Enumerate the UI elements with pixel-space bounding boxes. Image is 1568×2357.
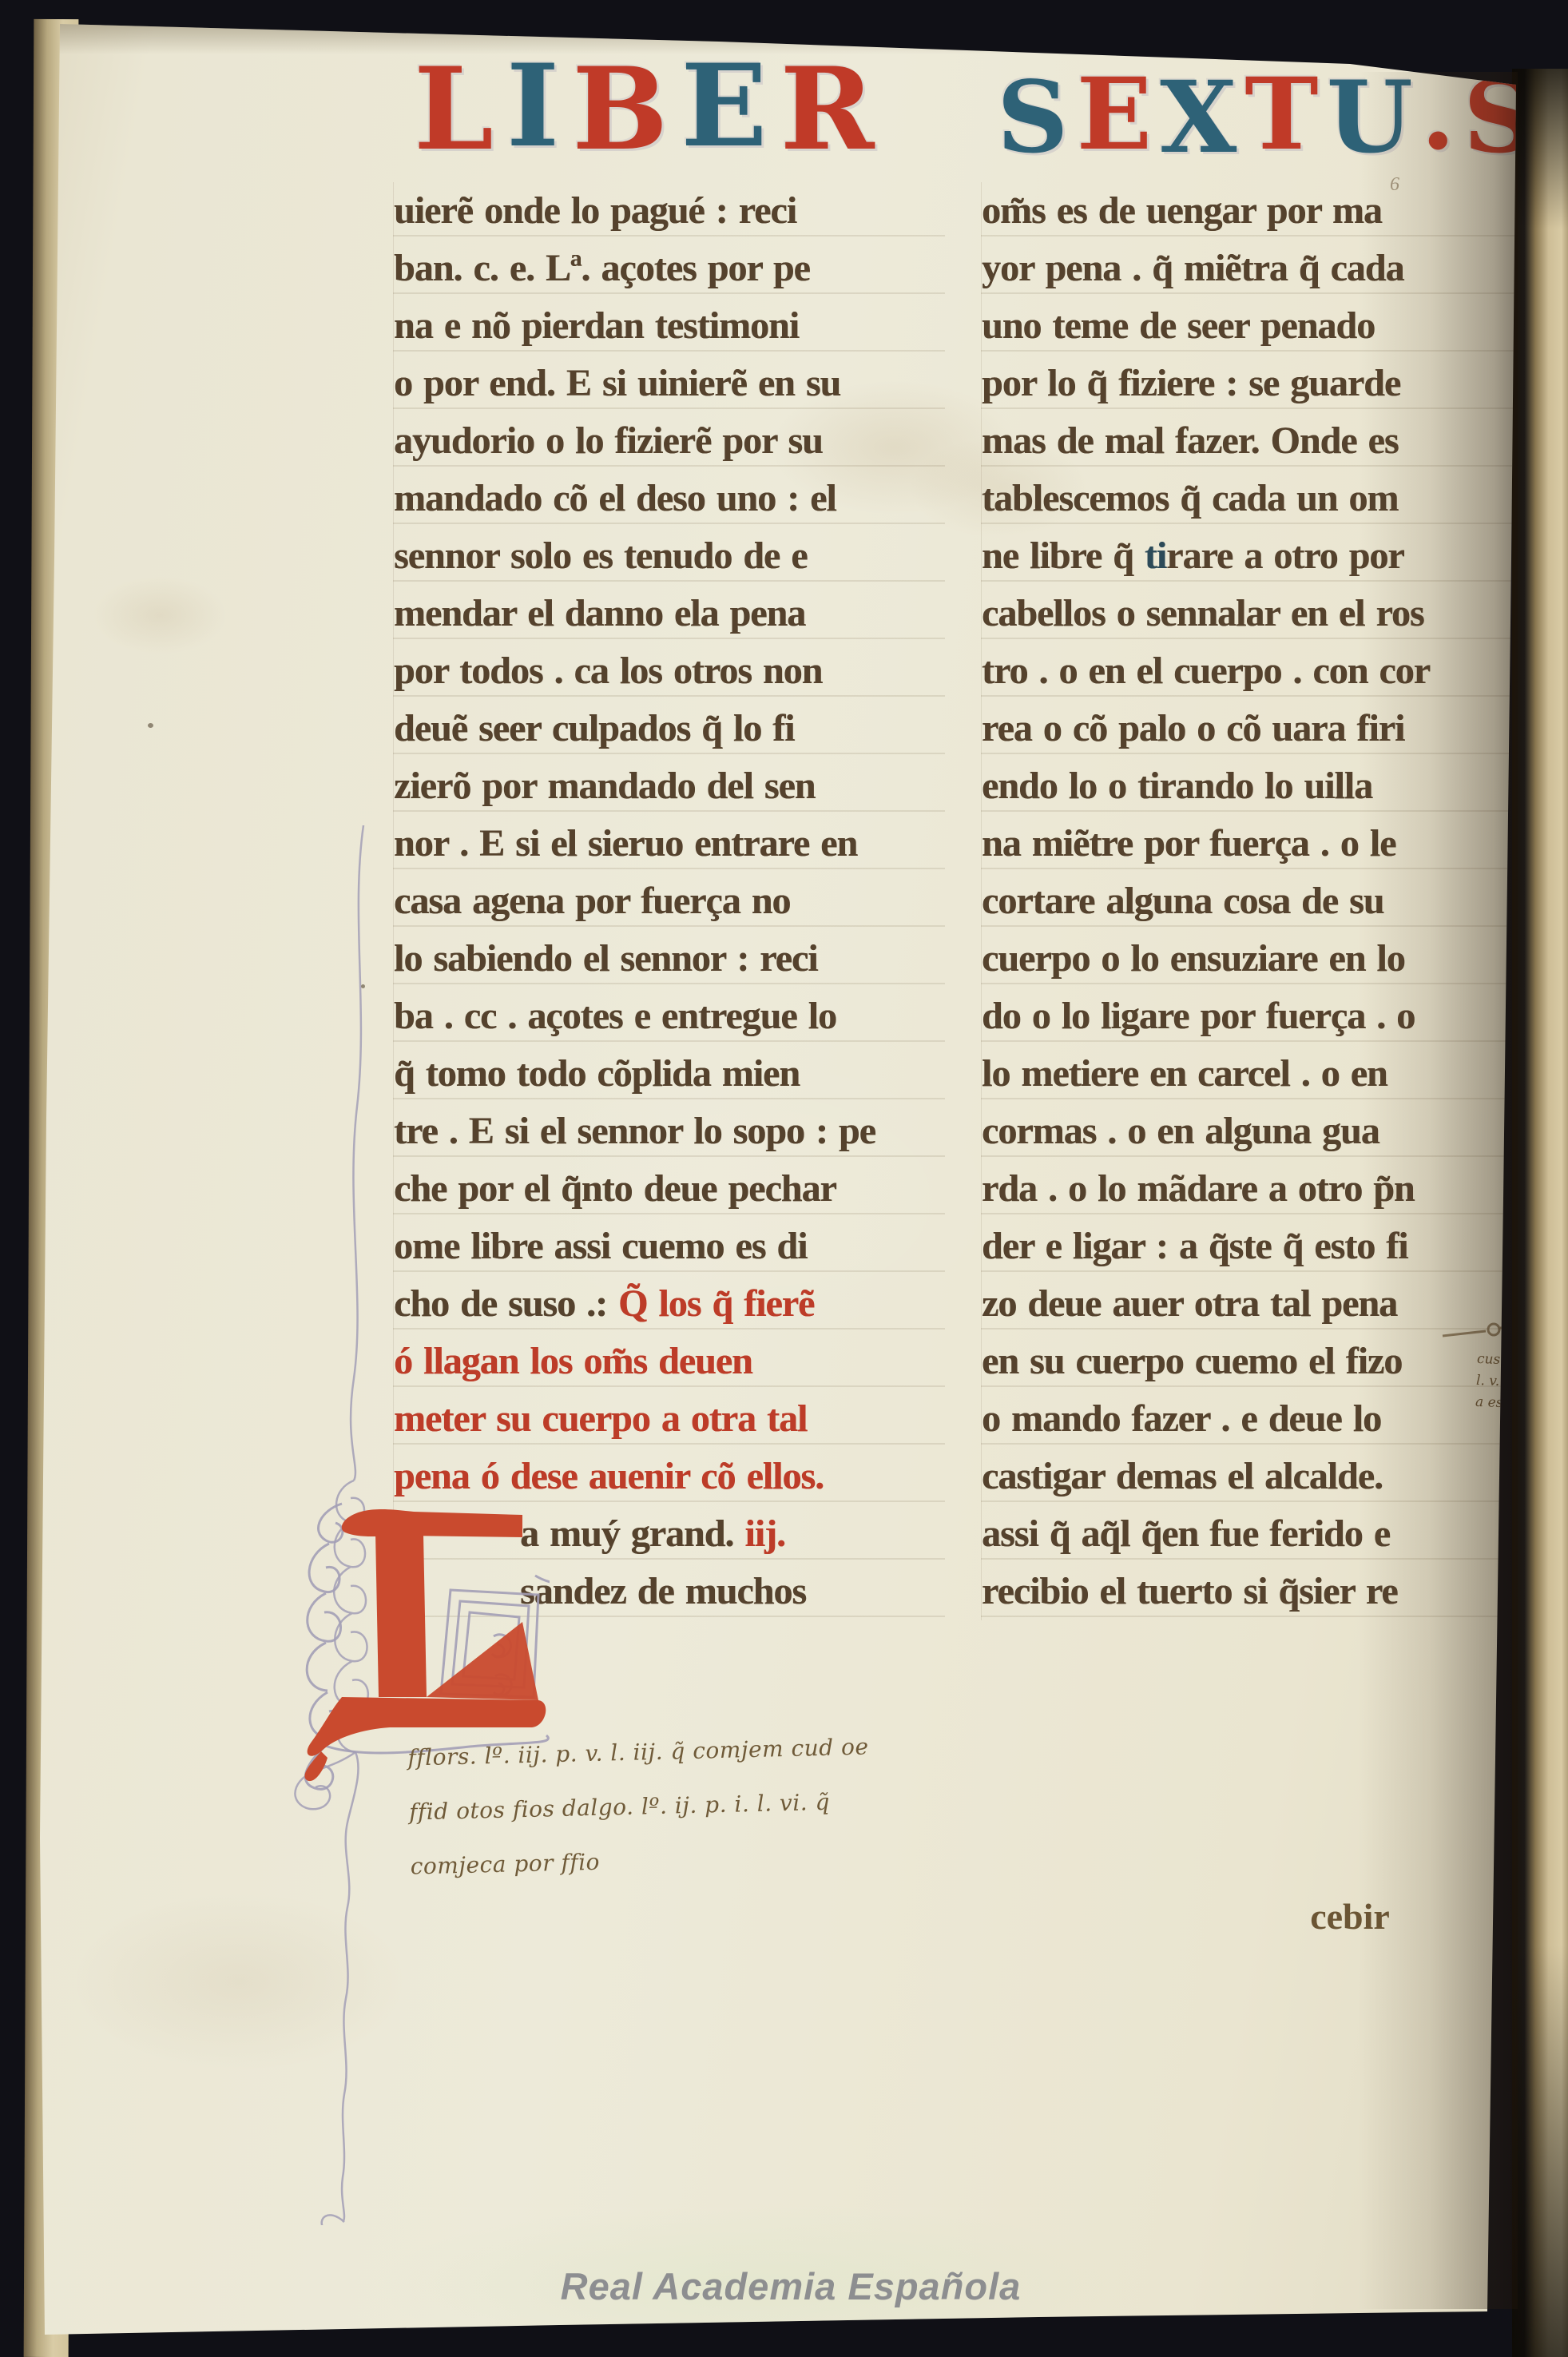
manuscript-line: om̃s es de uengar por ma [982,182,1533,240]
manuscript-line: castigar demas el alcalde. [982,1448,1533,1505]
header-letter: X [1160,66,1237,171]
header-letter: T [1244,62,1318,168]
text-segment: yor pena . q̃ miẽtra q̃ cada [982,247,1403,289]
manuscript-line: cormas . o en alguna gua [982,1103,1533,1160]
manuscript-line: mas de mal fazer. Onde es [982,412,1533,470]
text-segment: zo deue auer otra tal pena [982,1282,1397,1325]
manuscript-line: o por end. E si uinierẽ en su [394,355,945,412]
text-segment: che por el q̃nto deue pechar [394,1167,836,1210]
text-segment: cho de suso .: [394,1282,618,1325]
text-column-left: uierẽ onde lo pagué : reciban. c. e. Lª.… [393,182,945,1620]
text-segment: cortare alguna cosa de su [982,880,1383,922]
manuscript-line: ban. c. e. Lª. açotes por pe [394,240,945,297]
manuscript-line: ba . cc . açotes e entregue lo [394,988,945,1045]
text-segment: lo metiere en carcel . o en [982,1052,1387,1095]
header-letter: . [1421,62,1455,168]
manuscript-line: do o lo ligare por fuerça . o [982,988,1533,1045]
text-segment: iij. [733,1512,785,1555]
header-letter: B [572,50,668,169]
manuscript-line: lo metiere en carcel . o en [982,1045,1533,1103]
manuscript-line: tre . E si el sennor lo sopo : pe [394,1103,945,1160]
manuscript-line: recibio el tuerto si q̃sier re [982,1563,1533,1620]
text-segment: casa agena por fuerça no [394,880,790,922]
manuscript-line: na miẽtre por fuerça . o le [982,815,1533,872]
manuscript-line: che por el q̃nto deue pechar [394,1160,945,1218]
text-segment: meter su cuerpo a otra tal [394,1397,807,1440]
text-segment: cuerpo o lo ensuziare en lo [982,937,1405,980]
manuscript-line: nor . E si el sieruo entrare en [394,815,945,872]
text-column-right: om̃s es de uengar por mayor pena . q̃ mi… [981,182,1533,1620]
text-segment: ne libre q̃ [982,535,1145,577]
text-segment: por lo q̃ fiziere : se guarde [982,362,1400,404]
text-segment: cormas . o en alguna gua [982,1110,1379,1152]
text-segment: mas de mal fazer. Onde es [982,419,1399,462]
text-segment: tre . E si el sennor lo sopo : pe [394,1110,875,1152]
text-segment: nor . E si el sieruo entrare en [394,822,857,864]
ink-speck [361,984,365,988]
text-segment: ba . cc . açotes e entregue lo [394,995,836,1037]
header-letter: E [1077,62,1153,168]
text-segment: rda . o lo mãdare a otro p̃n [982,1167,1415,1210]
text-segment: sandez de muchos [520,1570,806,1612]
text-segment: rea o cõ palo o cõ uara firi [982,707,1404,749]
manuscript-line: ne libre q̃ tirare a otro por [982,527,1533,585]
manuscript-line: na e nõ pierdan testimoni [394,297,945,355]
text-segment: en su cuerpo cuemo el fizo [982,1340,1402,1382]
text-segment: uierẽ onde lo pagué : reci [394,189,796,232]
text-segment: o por end. E si uinierẽ en su [394,362,840,404]
header-letter: U [1327,66,1413,171]
header-word-sextus: SEXTU.S [997,66,1534,171]
manuscript-line: mendar el danno ela pena [394,585,945,642]
text-segment: cabellos o sennalar en el ros [982,592,1424,634]
header-letter: R [780,50,875,169]
library-watermark: Real Academia Española [495,2264,1086,2308]
manuscript-line: q̃ tomo todo cõplida mien [394,1045,945,1103]
manuscript-line: tro . o en el cuerpo . con cor [982,642,1533,700]
manuscript-line: ó llagan los om̃s deuen [394,1333,945,1390]
text-segment: do o lo ligare por fuerça . o [982,995,1415,1037]
manuscript-line: casa agena por fuerça no [394,872,945,930]
manuscript-line: rea o cõ palo o cõ uara firi [982,700,1533,757]
manuscript-line: assi q̃ aq̃l q̃en fue ferido e [982,1505,1533,1563]
text-segment: endo lo o tirando lo uilla [982,765,1372,807]
header-letter: L [414,50,494,169]
manuscript-line: endo lo o tirando lo uilla [982,757,1533,815]
manuscript-line: uierẽ onde lo pagué : reci [394,182,945,240]
manuscript-line: sennor solo es tenudo de e [394,527,945,585]
manuscript-line: cabellos o sennalar en el ros [982,585,1533,642]
manuscript-line: por lo q̃ fiziere : se guarde [982,355,1533,412]
text-segment: na e nõ pierdan testimoni [394,304,799,347]
manuscript-photo: LIBER SEXTU.S 6 uierẽ onde lo pagué : re… [0,0,1568,2357]
manuscript-line: mandado cõ el deso uno : el [394,470,945,527]
text-segment: deuẽ seer culpados q̃ lo fi [394,707,794,749]
manuscript-line: tablescemos q̃ cada un om [982,470,1533,527]
text-segment: a muý grand. [520,1512,733,1555]
text-segment: q̃ tomo todo cõplida mien [394,1052,800,1095]
manuscript-line: cho de suso .: Q̃ los q̃ fierẽ [394,1275,945,1333]
manuscript-line: o mando fazer . e deue lo [982,1390,1533,1448]
text-segment: por todos . ca los otros non [394,650,822,692]
text-segment: rare a otro por [1166,535,1403,577]
parchment-page: LIBER SEXTU.S 6 uierẽ onde lo pagué : re… [0,0,1568,2357]
manuscript-line: ayudorio o lo fizierẽ por su [394,412,945,470]
text-segment: uno teme de seer penado [982,304,1375,347]
header-word-liber: LIBER [414,50,875,169]
manuscript-line: ome libre assi cuemo es di [394,1218,945,1275]
text-segment: mandado cõ el deso uno : el [394,477,836,519]
manuscript-line: uno teme de seer penado [982,297,1533,355]
text-segment: ome libre assi cuemo es di [394,1225,807,1267]
manuscript-line: por todos . ca los otros non [394,642,945,700]
text-segment: ó llagan los om̃s deuen [394,1340,752,1382]
header-letter: E [681,46,767,166]
manuscript-line: cuerpo o lo ensuziare en lo [982,930,1533,988]
manuscript-line: meter su cuerpo a otra tal [394,1390,945,1448]
text-segment: o mando fazer . e deue lo [982,1397,1381,1440]
text-segment: mendar el danno ela pena [394,592,805,634]
text-segment: tro . o en el cuerpo . con cor [982,650,1430,692]
text-segment: recibio el tuerto si q̃sier re [982,1570,1398,1612]
text-segment: ayudorio o lo fizierẽ por su [394,419,823,462]
text-segment: Q̃ los q̃ fierẽ [618,1282,814,1325]
manuscript-line: zierõ por mandado del sen [394,757,945,815]
header-letter: S [997,66,1069,171]
header-letter: I [506,46,559,166]
text-segment: tablescemos q̃ cada un om [982,477,1398,519]
manuscript-line: yor pena . q̃ miẽtra q̃ cada [982,240,1533,297]
manuscript-line: lo sabiendo el sennor : reci [394,930,945,988]
text-segment: om̃s es de uengar por ma [982,189,1382,232]
manuscript-line: rda . o lo mãdare a otro p̃n [982,1160,1533,1218]
manuscript-line: der e ligar : a q̃ste q̃ esto fi [982,1218,1533,1275]
manuscript-line: cortare alguna cosa de su [982,872,1533,930]
catchword: cebir [1246,1895,1454,1938]
text-segment: zierõ por mandado del sen [394,765,815,807]
text-segment: der e ligar : a q̃ste q̃ esto fi [982,1225,1407,1267]
marginal-gloss-note: fflors. lº. iij. p. v. l. iij. q̃ comjem… [407,1717,971,1894]
ink-speck [148,723,153,728]
manuscript-line: deuẽ seer culpados q̃ lo fi [394,700,945,757]
text-segment: ti [1145,535,1166,577]
text-segment: lo sabiendo el sennor : reci [394,937,818,980]
next-page-edge [1512,69,1568,2357]
text-segment: na miẽtre por fuerça . o le [982,822,1395,864]
text-segment: ban. c. e. Lª. açotes por pe [394,247,810,289]
text-segment: assi q̃ aq̃l q̃en fue ferido e [982,1512,1390,1555]
text-segment: sennor solo es tenudo de e [394,535,808,577]
text-segment: castigar demas el alcalde. [982,1455,1383,1497]
